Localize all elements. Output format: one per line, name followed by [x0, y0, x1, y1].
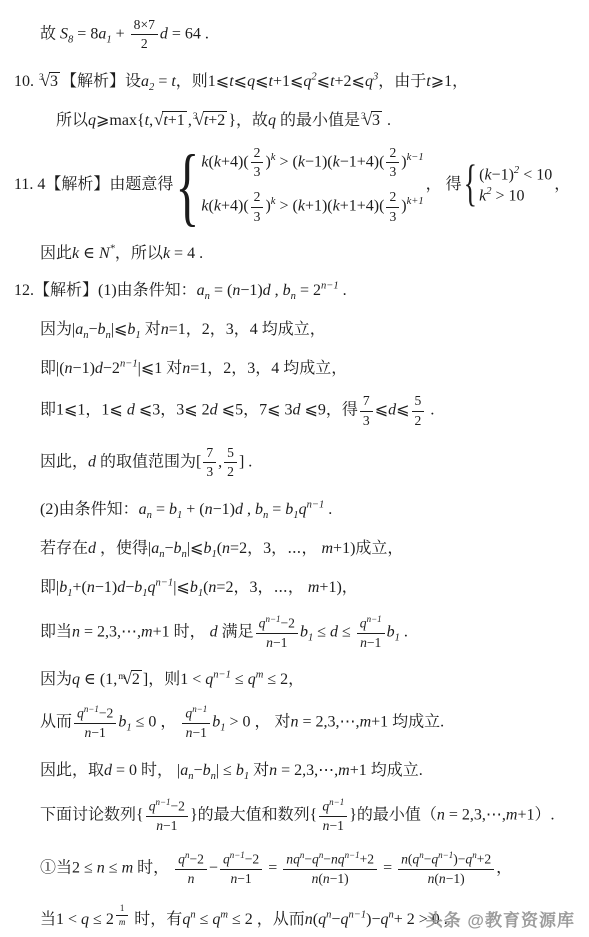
solution-line: 11. 4【解析】由题意得{k(k+4)(23)k > (k−1)(k−1+4)… [0, 144, 589, 226]
radical: 3√t+2 [193, 110, 228, 130]
fraction: 23 [251, 188, 264, 226]
solution-line: 即当n = 2,3,⋯,m+1 时， d 满足qn−1−2n−1b1 ≤ d ≤… [0, 613, 589, 652]
solution-line: 即1⩽1，1⩽ d ⩽3，3⩽ 2d ⩽5，7⩽ 3d ⩽9，得73⩽d⩽52 … [0, 392, 589, 430]
fraction: 73 [360, 392, 373, 430]
brace-system: {(k−1)2 < 10k2 > 10 [464, 165, 553, 206]
solution-line: 下面讨论数列{qn−1−2n−1}的最大值和数列{qn−1n−1}的最小值（n … [0, 796, 589, 835]
fraction: 23 [386, 144, 399, 182]
fraction: n(qn−qn−1)−qn+2n(n−1) [398, 849, 494, 888]
fraction: nqn−qn−nqn−1+2n(n−1) [283, 849, 377, 888]
solution-line: 因为|an−bn|⩽b1 对n=1，2，3，4 均成立， [0, 316, 589, 341]
radical: m√2 [118, 669, 142, 689]
solution-line: 因此，取d = 0 时， |an−bn| ≤ b1 对n = 2,3,⋯,m+1… [0, 757, 589, 782]
solution-line: (2)由条件知：an = b1 + (n−1)d , bn = b1qn−1 . [0, 496, 589, 521]
fraction: 23 [386, 188, 399, 226]
solution-line: 因为q ∈ (1,m√2]，则1 < qn−1 ≤ qm ≤ 2， [0, 666, 589, 689]
fraction: qn−1−2n−1 [220, 849, 262, 888]
fraction: qn−2n [175, 849, 207, 888]
document-page: 故 S8 = 8a1 + 8×72d = 64 .10. 3√3【解析】设a2 … [0, 0, 589, 937]
fraction: qn−1n−1 [182, 703, 210, 742]
fraction: qn−1−2n−1 [256, 613, 298, 652]
radical: √t+1 [154, 110, 187, 130]
solution-line: 所以q⩾max{t,√t+1,3√t+2}，故q 的最小值是3√3 . [0, 107, 589, 130]
fraction: 52 [412, 392, 425, 430]
radical: 3√3 [39, 71, 60, 91]
solution-line: 12.【解析】(1)由条件知：an = (n−1)d , bn = 2n−1 . [0, 277, 589, 302]
radical: 3√3 [361, 110, 382, 130]
solution-line: 从而qn−1−2n−1b1 ≤ 0 ， qn−1n−1b1 > 0 ， 对n =… [0, 703, 589, 742]
watermark: 头条 @教育资源库 [426, 906, 575, 931]
solution-line: ①当2 ≤ n ≤ m 时， qn−2n−qn−1−2n−1 = nqn−qn−… [0, 849, 589, 888]
solution-line: 因此，d 的取值范围为[73,52] . [0, 444, 589, 482]
fraction: 52 [224, 444, 237, 482]
fraction: 23 [251, 144, 264, 182]
fraction: qn−1−2n−1 [146, 796, 188, 835]
solution-line: 故 S8 = 8a1 + 8×72d = 64 . [0, 16, 589, 54]
solution-text: 故 S8 = 8a1 + 8×72d = 64 .10. 3√3【解析】设a2 … [0, 0, 589, 929]
fraction: qn−1−2n−1 [74, 703, 116, 742]
fraction: qn−1n−1 [357, 613, 385, 652]
solution-line: 即|(n−1)d−2n−1|⩽1 对n=1，2，3，4 均成立， [0, 355, 589, 378]
solution-line: 因此k ∈ N*，所以k = 4 . [0, 240, 589, 263]
fraction: 73 [203, 444, 216, 482]
solution-line: 10. 3√3【解析】设a2 = t，则1⩽t⩽q⩽t+1⩽q2⩽t+2⩽q3，… [0, 68, 589, 93]
fraction: 1m [116, 902, 128, 929]
fraction: 8×72 [131, 16, 158, 54]
solution-line: 若存在d ，使得|an−bn|⩽b1(n=2，3，⋯， m+1)成立， [0, 535, 589, 560]
brace-system: {k(k+4)(23)k > (k−1)(k−1+4)(23)k−1k(k+4)… [175, 144, 423, 226]
fraction: qn−1n−1 [319, 796, 347, 835]
solution-line: 即|b1+(n−1)d−b1qn−1|⩽b1(n=2，3，⋯， m+1)， [0, 574, 589, 599]
